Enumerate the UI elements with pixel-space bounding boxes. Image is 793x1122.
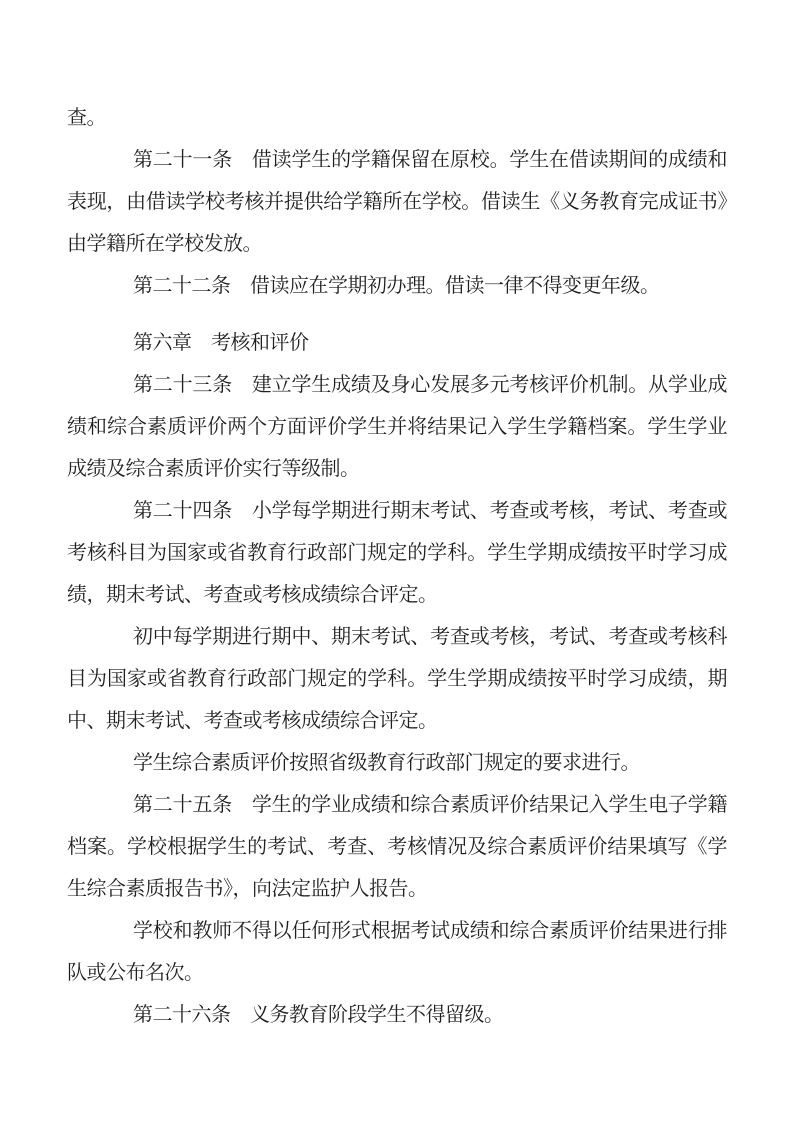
paragraph-continuation: 查。 xyxy=(67,96,727,138)
paragraph-article-26: 第二十六条 义务教育阶段学生不得留级。 xyxy=(67,993,727,1035)
document-page: 查。 第二十一条 借读学生的学籍保留在原校。学生在借读期间的成绩和表现，由借读学… xyxy=(0,0,793,1122)
paragraph-article-25: 第二十五条 学生的学业成绩和综合素质评价结果记入学生电子学籍档案。学校根据学生的… xyxy=(67,783,727,909)
chapter-heading: 第六章 考核和评价 xyxy=(67,321,727,363)
paragraph-article-24-primary: 第二十四条 小学每学期进行期末考试、考查或考核，考试、考查或考核科目为国家或省教… xyxy=(67,489,727,615)
paragraph-article-21: 第二十一条 借读学生的学籍保留在原校。学生在借读期间的成绩和表现，由借读学校考核… xyxy=(67,138,727,264)
document-body: 查。 第二十一条 借读学生的学籍保留在原校。学生在借读期间的成绩和表现，由借读学… xyxy=(67,96,727,1035)
paragraph-article-23: 第二十三条 建立学生成绩及身心发展多元考核评价机制。从学业成绩和综合素质评价两个… xyxy=(67,363,727,489)
paragraph-article-24-junior-high: 初中每学期进行期中、期末考试、考查或考核，考试、考查或考核科目为国家或省教育行政… xyxy=(67,615,727,741)
paragraph-quality-evaluation: 学生综合素质评价按照省级教育行政部门规定的要求进行。 xyxy=(67,741,727,783)
paragraph-no-ranking: 学校和教师不得以任何形式根据考试成绩和综合素质评价结果进行排队或公布名次。 xyxy=(67,909,727,993)
paragraph-article-22: 第二十二条 借读应在学期初办理。借读一律不得变更年级。 xyxy=(67,264,727,306)
